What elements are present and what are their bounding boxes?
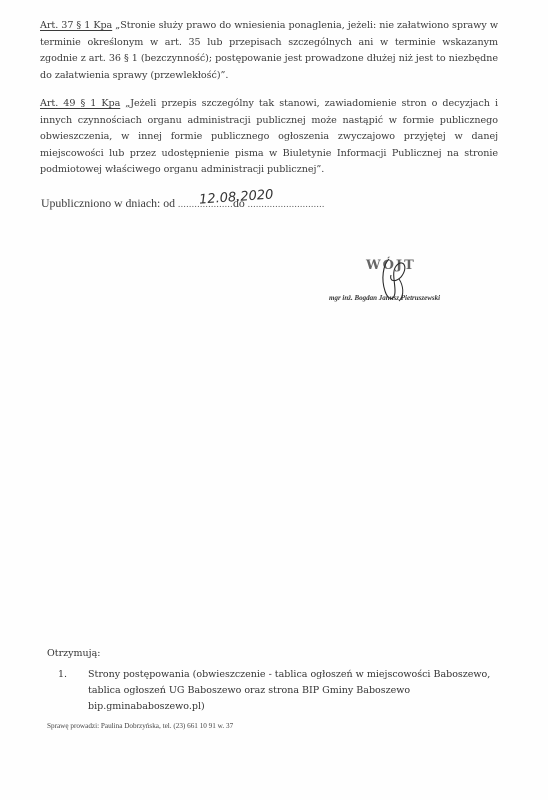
article-37-paragraph: Art. 37 § 1 Kpa „Stronie służy prawo do … (40, 18, 498, 84)
article-49-text: „Jeżeli przepis szczególny tak stanowi, … (40, 98, 498, 175)
list-item: 1. Strony postępowania (obwieszczenie - … (58, 667, 498, 715)
case-handler-footer: Sprawę prowadzi: Paulina Dobrzyńska, tel… (47, 722, 233, 730)
recipients-label: Otrzymują: (47, 648, 100, 659)
signer-name: mgr inż. Bogdan Janusz Pietruszewski (329, 294, 440, 302)
list-item-number: 1. (58, 667, 67, 683)
article-49-paragraph: Art. 49 § 1 Kpa „Jeżeli przepis szczegól… (40, 96, 498, 179)
document-page: Art. 37 § 1 Kpa „Stronie służy prawo do … (0, 0, 548, 800)
publication-from-label: Upubliczniono w dniach: od (41, 196, 175, 210)
article-37-reference: Art. 37 § 1 Kpa (40, 20, 112, 31)
recipients-list: 1. Strony postępowania (obwieszczenie - … (58, 667, 498, 715)
article-49-reference: Art. 49 § 1 Kpa (40, 98, 120, 109)
list-item-text: Strony postępowania (obwieszczenie - tab… (88, 667, 498, 715)
publication-line: Upubliczniono w dniach: od .............… (41, 196, 325, 211)
